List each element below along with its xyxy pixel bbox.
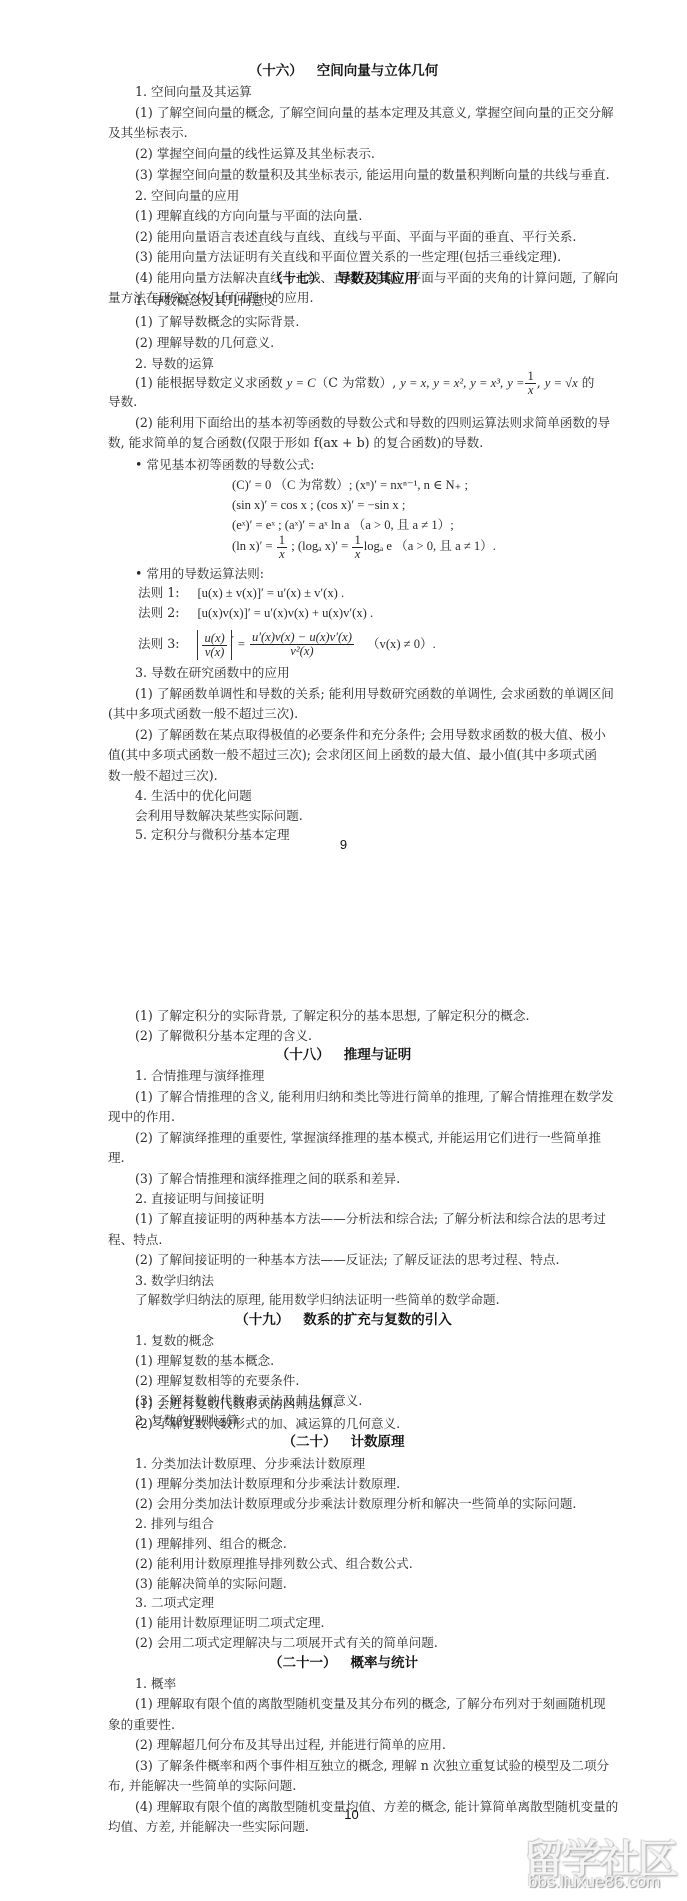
text-line: 3. 二项式定理 xyxy=(135,1594,214,1612)
fraction: 1x xyxy=(277,534,287,561)
text-line: (2) 理解复数相等的充要条件. xyxy=(135,1372,299,1390)
section-number: （十八） xyxy=(276,1047,330,1063)
text-line: (1) 会进行复数代数形式的四则运算. xyxy=(135,1395,337,1413)
denominator: x xyxy=(525,384,535,397)
formula-line: (eˣ)′ = eˣ ; (aˣ)′ = aˣ ln a （a > 0, 且 a… xyxy=(232,516,454,534)
denominator: x xyxy=(352,548,362,561)
section-number: （二十一） xyxy=(269,1655,337,1671)
math-expr: y = √x xyxy=(545,376,578,390)
text-line: (2) 能利用计数原理推导排列数公式、组合数公式. xyxy=(135,1555,413,1573)
text-line: 2. 直接证明与间接证明 xyxy=(135,1190,264,1208)
text-line: 1. 复数的概念 xyxy=(135,1332,214,1350)
text-line: 1. 导数概念及其几何意义 xyxy=(135,292,277,310)
text-line: (3) 掌握空间向量的数量积及其坐标表示, 能运用向量的数量积判断向量的共线与垂… xyxy=(135,166,610,184)
derivative-definition-line: (1) 能根据导数定义求函数 y = C（C 为常数）, y = x, y = … xyxy=(135,370,594,397)
numerator: u′(x)v(x) − u(x)v′(x) xyxy=(250,631,354,645)
text-line: 3. 导数在研究函数中的应用 xyxy=(135,664,290,682)
numerator: 1 xyxy=(352,534,362,548)
text-line: 值(其中多项式函数一般不超过三次); 会求闭区间上函数的最大值、最小值(其中多项… xyxy=(108,746,597,764)
section-heading-19: （十九）数系的扩充与复数的引入 xyxy=(0,1311,687,1329)
text-line: 导数. xyxy=(108,393,137,411)
text-line: (1) 理解取有限个值的离散型随机变量及其分布列的概念, 了解分布列对于刻画随机… xyxy=(135,1695,606,1713)
fraction: u′(x)v(x) − u(x)v′(x)v²(x) xyxy=(250,631,354,658)
bracket-expr: u(x)v(x) xyxy=(197,630,231,660)
text-line: (2) 了解复数代数形式的加、减运算的几何意义. xyxy=(135,1415,400,1433)
text-line: (1) 理解分类加法计数原理和分步乘法计数原理. xyxy=(135,1475,400,1493)
text-line: (3) 了解合情推理和演绎推理之间的联系和差异. xyxy=(135,1170,400,1188)
text-line: (3) 了解条件概率和两个事件相互独立的概念, 理解 n 次独立重复试验的模型及… xyxy=(135,1757,609,1775)
watermark-logo: 留学社区 bbs.liuxue86.com xyxy=(520,1828,685,1898)
text-line: 会利用导数解决某些实际问题. xyxy=(135,807,303,825)
fraction: 1x xyxy=(352,534,362,561)
rule-label: 法则 3: xyxy=(138,636,179,651)
numerator: u(x) xyxy=(202,632,226,646)
formula-line: (sin x)′ = cos x ; (cos x)′ = −sin x ; xyxy=(232,496,405,514)
numerator: 1 xyxy=(525,370,535,384)
text-line: (1) 了解函数单调性和导数的关系; 能利用导数研究函数的单调性, 会求函数的单… xyxy=(135,685,614,703)
math-expr: ; (logₐ x)′ = xyxy=(291,539,348,553)
math-expr: y = x², xyxy=(433,376,466,390)
rule-label: 法则 1: xyxy=(138,585,179,600)
math-expr: y = xyxy=(507,376,524,390)
text-line: 数一般不超过三次). xyxy=(108,767,218,785)
text-line: 3. 数学归纳法 xyxy=(135,1272,214,1290)
text-line: 2. 排列与组合 xyxy=(135,1515,214,1533)
text-line: (2) 能利用下面给出的基本初等函数的导数公式和导数的四则运算法则求简单函数的导 xyxy=(135,414,610,432)
text-line: (3) 能解决简单的实际问题. xyxy=(135,1575,287,1593)
text-line: (1) 了解定积分的实际背景, 了解定积分的基本思想, 了解定积分的概念. xyxy=(135,1007,529,1025)
page-number: 10 xyxy=(8,1807,687,1822)
text-line: (3) 能用向量方法证明有关直线和平面位置关系的一些定理(包括三垂线定理). xyxy=(135,248,561,266)
text: 的 xyxy=(582,375,595,390)
watermark-url: bbs.liuxue86.com xyxy=(528,1872,660,1892)
section-title: 空间向量与立体几何 xyxy=(317,63,439,79)
text-line: (1) 理解复数的基本概念. xyxy=(135,1352,274,1370)
text-line: (1) 理解直线的方向向量与平面的法向量. xyxy=(135,207,362,225)
section-number: （十九） xyxy=(235,1312,289,1328)
formula-line: (C)′ = 0 （C 为常数）; (xⁿ)′ = nxⁿ⁻¹, n ∈ N₊ … xyxy=(232,476,468,494)
text: （C 为常数）, xyxy=(316,375,397,390)
text-line: 程、特点. xyxy=(108,1231,162,1249)
fraction: 1x xyxy=(525,370,535,397)
text: , xyxy=(537,375,541,390)
fraction: u(x)v(x) xyxy=(202,632,226,659)
section-heading-17: （十七）导数及其应用 xyxy=(0,270,687,288)
text-line: 理. xyxy=(108,1149,125,1167)
text-line: 数, 能求简单的复合函数(仅限于形如 f(ax + b) 的复合函数)的导数. xyxy=(108,434,483,452)
bullet-heading: • 常用的导数运算法则: xyxy=(135,565,264,583)
rule-2: 法则 2: [u(x)v(x)]′ = u′(x)v(x) + u(x)v′(x… xyxy=(138,604,373,622)
bullet-heading: • 常见基本初等函数的导数公式: xyxy=(135,456,314,474)
text-line: (2) 能用向量语言表述直线与直线、直线与平面、平面与平面的垂直、平行关系. xyxy=(135,228,576,246)
section-heading-18: （十八）推理与证明 xyxy=(0,1046,687,1064)
math-expr: logₐ e （a > 0, 且 a ≠ 1）. xyxy=(364,539,496,553)
text-line: 1. 空间向量及其运算 xyxy=(135,83,252,101)
section-title: 计数原理 xyxy=(351,1434,405,1450)
text-line: (2) 会用分类加法计数原理或分步乘法计数原理分析和解决一些简单的实际问题. xyxy=(135,1495,576,1513)
condition: （v(x) ≠ 0）. xyxy=(367,637,436,651)
section-heading-20: （二十）计数原理 xyxy=(0,1433,687,1451)
rule-1: 法则 1: [u(x) ± v(x)]′ = u′(x) ± v′(x) . xyxy=(138,584,344,602)
text-line: 1. 概率 xyxy=(135,1675,176,1693)
text: (1) 能根据导数定义求函数 xyxy=(135,375,283,390)
math-expr: y = C xyxy=(287,376,316,390)
math-expr: y = x, xyxy=(400,376,429,390)
section-title: 概率与统计 xyxy=(351,1655,419,1671)
page-number: 9 xyxy=(0,837,687,852)
text-line: (1) 了解导数概念的实际背景. xyxy=(135,313,299,331)
text-line: (2) 会用二项式定理解决与二项展开式有关的简单问题. xyxy=(135,1634,438,1652)
text-line: (2) 了解微积分基本定理的含义. xyxy=(135,1027,312,1045)
text-line: 1. 合情推理与演绎推理 xyxy=(135,1067,264,1085)
text-line: (2) 理解超几何分布及其导出过程, 并能进行简单的应用. xyxy=(135,1736,446,1754)
section-number: （二十） xyxy=(283,1434,337,1450)
text-line: (1) 理解排列、组合的概念. xyxy=(135,1535,287,1553)
text-line: (1) 了解直接证明的两种基本方法——分析法和综合法; 了解分析法和综合法的思考… xyxy=(135,1210,606,1228)
math-expr: [u(x) ± v(x)]′ = u′(x) ± v′(x) . xyxy=(197,586,344,600)
section-number: （十七） xyxy=(269,271,323,287)
math-expr: y = x³, xyxy=(470,376,503,390)
rule-3: 法则 3: u(x)v(x) ′ = u′(x)v(x) − u(x)v′(x)… xyxy=(138,626,436,660)
text-line: (1) 了解合情推理的含义, 能利用归纳和类比等进行简单的推理, 了解合情推理在… xyxy=(135,1088,614,1106)
numerator: 1 xyxy=(277,534,287,548)
text-line: (1) 了解空间向量的概念, 了解空间向量的基本定理及其意义, 掌握空间向量的正… xyxy=(135,104,614,122)
text-line: 布, 并能解决一些简单的实际问题. xyxy=(108,1777,296,1795)
section-heading-16: （十六）空间向量与立体几何 xyxy=(0,62,687,80)
section-number: （十六） xyxy=(249,63,303,79)
math-expr: (ln x)′ = xyxy=(232,539,273,553)
section-title: 推理与证明 xyxy=(344,1047,412,1063)
denominator: x xyxy=(277,548,287,561)
text-line: 2. 空间向量的应用 xyxy=(135,187,239,205)
text-line: 象的重要性. xyxy=(108,1716,175,1734)
text-line: (2) 了解间接证明的一种基本方法——反证法; 了解反证法的思考过程、特点. xyxy=(135,1251,560,1269)
text-line: (2) 理解导数的几何意义. xyxy=(135,334,274,352)
section-title: 数系的扩充与复数的引入 xyxy=(303,1312,452,1328)
text-line: (2) 了解演绎推理的重要性, 掌握演绎推理的基本模式, 并能运用它们进行一些简… xyxy=(135,1129,601,1147)
text-line: 了解数学归纳法的原理, 能用数学归纳法证明一些简单的数学命题. xyxy=(135,1291,500,1309)
text-line: (2) 掌握空间向量的线性运算及其坐标表示. xyxy=(135,145,375,163)
section-heading-21: （二十一）概率与统计 xyxy=(0,1654,687,1672)
text-line: 及其坐标表示. xyxy=(108,124,188,142)
denominator: v(x) xyxy=(202,646,226,659)
text-line: (2) 了解函数在某点取得极值的必要条件和充分条件; 会用导数求函数的极大值、极… xyxy=(135,726,606,744)
section-title: 导数及其应用 xyxy=(337,271,418,287)
text-line: 4. 生活中的优化问题 xyxy=(135,787,252,805)
text-line: (1) 能用计数原理证明二项式定理. xyxy=(135,1614,325,1632)
text-line: 1. 分类加法计数原理、分步乘法计数原理 xyxy=(135,1455,365,1473)
formula-line-log: (ln x)′ = 1x ; (logₐ x)′ = 1xlogₐ e （a >… xyxy=(232,533,496,561)
denominator: v²(x) xyxy=(250,645,354,658)
text-line: 现中的作用. xyxy=(108,1108,175,1126)
rule-label: 法则 2: xyxy=(138,605,179,620)
math-expr: [u(x)v(x)]′ = u′(x)v(x) + u(x)v′(x) . xyxy=(197,606,373,620)
text-line: (其中多项式函数一般不超过三次). xyxy=(108,705,298,723)
